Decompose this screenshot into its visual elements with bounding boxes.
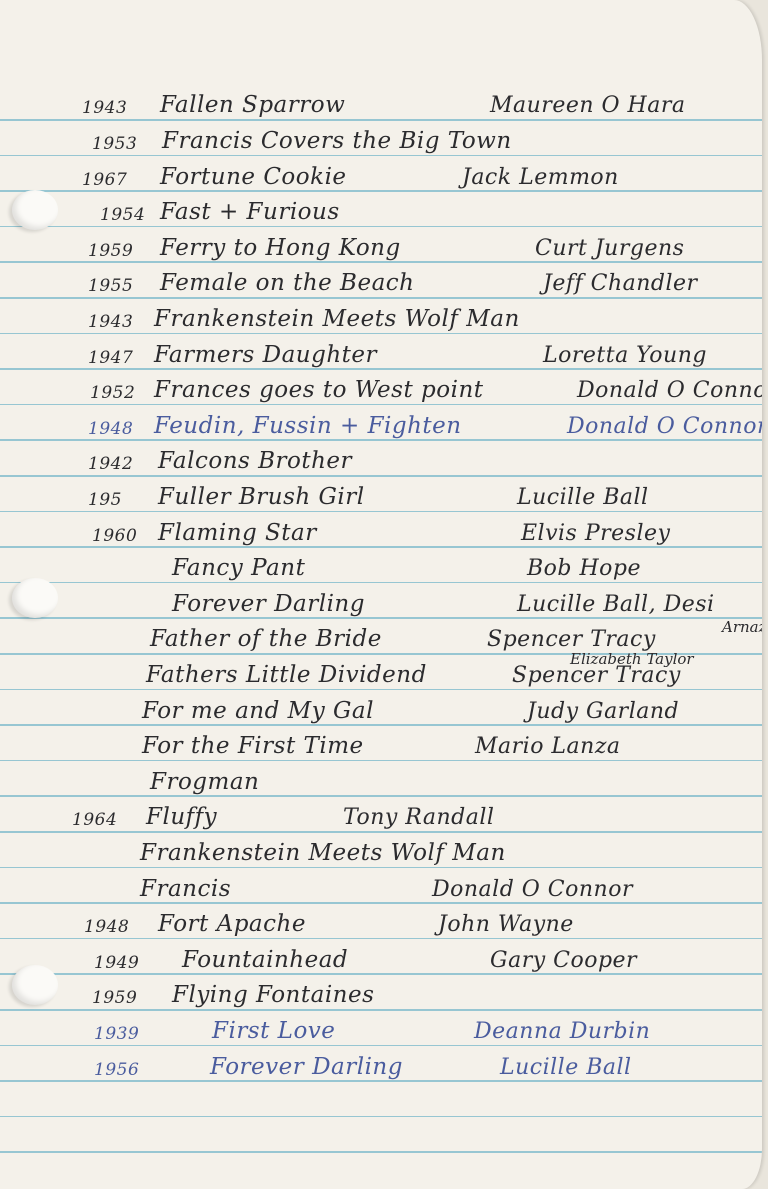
entry-title: Feudin, Fussin + Fighten [154,413,462,439]
list-item: 1939First LoveDeanna Durbin [0,1011,762,1047]
ruled-line [0,1151,762,1153]
list-item: 1959Flying Fontaines [0,975,762,1011]
list-item: 1943Frankenstein Meets Wolf Man [0,299,762,335]
list-item: Fancy PantBob Hope [0,548,762,584]
list-item: 1943Fallen SparrowMaureen O Hara [0,85,762,121]
list-item: 1948Feudin, Fussin + FightenDonald O Con… [0,406,762,442]
entry-title: Frogman [150,769,259,795]
entry-star: Lucille Ball [500,1055,632,1080]
entry-year: 1956 [94,1060,139,1080]
entry-star: Gary Cooper [490,948,637,973]
entry-star: Lucille Ball [517,485,649,510]
entry-title: Ferry to Hong Kong [160,235,401,261]
entry-year: 1953 [92,134,137,154]
entry-title: Fortune Cookie [160,164,347,190]
entry-year: 1954 [100,205,145,225]
entry-title: Falcons Brother [158,448,352,474]
entry-star: Curt Jurgens [535,236,684,261]
entry-star: Tony Randall [343,805,494,830]
entry-title: Frankenstein Meets Wolf Man [140,840,506,866]
entry-year: 1964 [72,810,117,830]
entry-title: Francis Covers the Big Town [162,128,512,154]
entry-title: Francis [140,876,231,902]
entry-title: Flying Fontaines [172,982,374,1008]
list-item: 1955Female on the BeachJeff Chandler [0,263,762,299]
list-item: 1942Falcons Brother [0,441,762,477]
list-item: 1948Fort ApacheJohn Wayne [0,904,762,940]
entry-year: 1948 [88,419,133,439]
entry-year: 1967 [82,170,127,190]
entry-star: Jack Lemmon [462,165,619,190]
list-item: 1954Fast + Furious [0,192,762,228]
entry-title: Fountainhead [182,947,348,973]
notebook-page: 1943Fallen SparrowMaureen O Hara1953Fran… [0,0,762,1189]
entry-title: Frances goes to West point [154,377,484,403]
entry-title: Forever Darling [210,1054,403,1080]
entry-year: 1948 [84,917,129,937]
entry-year: 1959 [92,988,137,1008]
entry-star: Mario Lanza [475,734,621,759]
entry-year: 1959 [88,241,133,261]
ruled-line [0,1116,762,1118]
list-item: For me and My GalJudy Garland [0,691,762,727]
list-item: 1967Fortune CookieJack Lemmon [0,157,762,193]
entry-star: Elvis Presley [521,521,670,546]
entry-title: Female on the Beach [160,270,414,296]
entry-star: Judy Garland [527,699,679,724]
entry-year: 1955 [88,276,133,296]
entry-title: First Love [212,1018,335,1044]
entry-year: 1943 [88,312,133,332]
entry-star: Deanna Durbin [474,1019,650,1044]
list-item: 1947Farmers DaughterLoretta Young [0,335,762,371]
list-item: For the First TimeMario Lanza [0,726,762,762]
entry-star: John Wayne [438,912,574,937]
entry-title: Forever Darling [172,591,365,617]
entry-title: Flaming Star [158,520,317,546]
entry-year: 195 [88,490,122,510]
list-item: 1964FluffyTony Randall [0,797,762,833]
entry-star: Loretta Young [543,343,707,368]
entry-star: Lucille Ball, Desi [517,592,715,617]
entry-title: Fallen Sparrow [160,92,345,118]
list-item: Frankenstein Meets Wolf Man [0,833,762,869]
entry-title: For the First Time [142,733,364,759]
entry-title: Fathers Little Dividend [146,662,427,688]
list-item: Forever DarlingLucille Ball, Desi [0,584,762,620]
entry-year: 1952 [90,383,135,403]
entry-star: Maureen O Hara [490,93,686,118]
entry-title: Farmers Daughter [154,342,377,368]
list-item: 1959Ferry to Hong KongCurt Jurgens [0,228,762,264]
entry-year: 1939 [94,1024,139,1044]
annotation-elizabeth-taylor: Elizabeth Taylor [570,650,694,668]
entry-year: 1960 [92,526,137,546]
entry-star: Donald O Connor [577,378,762,403]
entry-title: Fast + Furious [160,199,340,225]
entry-title: Frankenstein Meets Wolf Man [154,306,520,332]
entry-star: Donald O Connor [432,877,633,902]
entry-year: 1943 [82,98,127,118]
entry-title: Fluffy [146,804,217,830]
entry-year: 1949 [94,953,139,973]
entry-star: Donald O Connor [567,414,762,439]
annotation-arnaz: Arnaz [722,618,762,636]
entry-title: Fancy Pant [172,555,305,581]
entry-title: Father of the Bride [150,626,382,652]
list-item: 1953Francis Covers the Big Town [0,121,762,157]
entry-star: Bob Hope [527,556,641,581]
entry-title: Fuller Brush Girl [158,484,365,510]
list-item: 1956Forever DarlingLucille Ball [0,1047,762,1083]
entry-star: Jeff Chandler [543,271,698,296]
list-item: 195Fuller Brush GirlLucille Ball [0,477,762,513]
entry-year: 1942 [88,454,133,474]
list-item: Frogman [0,762,762,798]
entry-year: 1947 [88,348,133,368]
entry-star: Spencer Tracy [487,627,656,652]
list-item: 1949FountainheadGary Cooper [0,940,762,976]
list-item: 1960Flaming StarElvis Presley [0,513,762,549]
entry-title: For me and My Gal [142,698,374,724]
list-item: FrancisDonald O Connor [0,869,762,905]
list-item: 1952Frances goes to West pointDonald O C… [0,370,762,406]
entry-title: Fort Apache [158,911,306,937]
